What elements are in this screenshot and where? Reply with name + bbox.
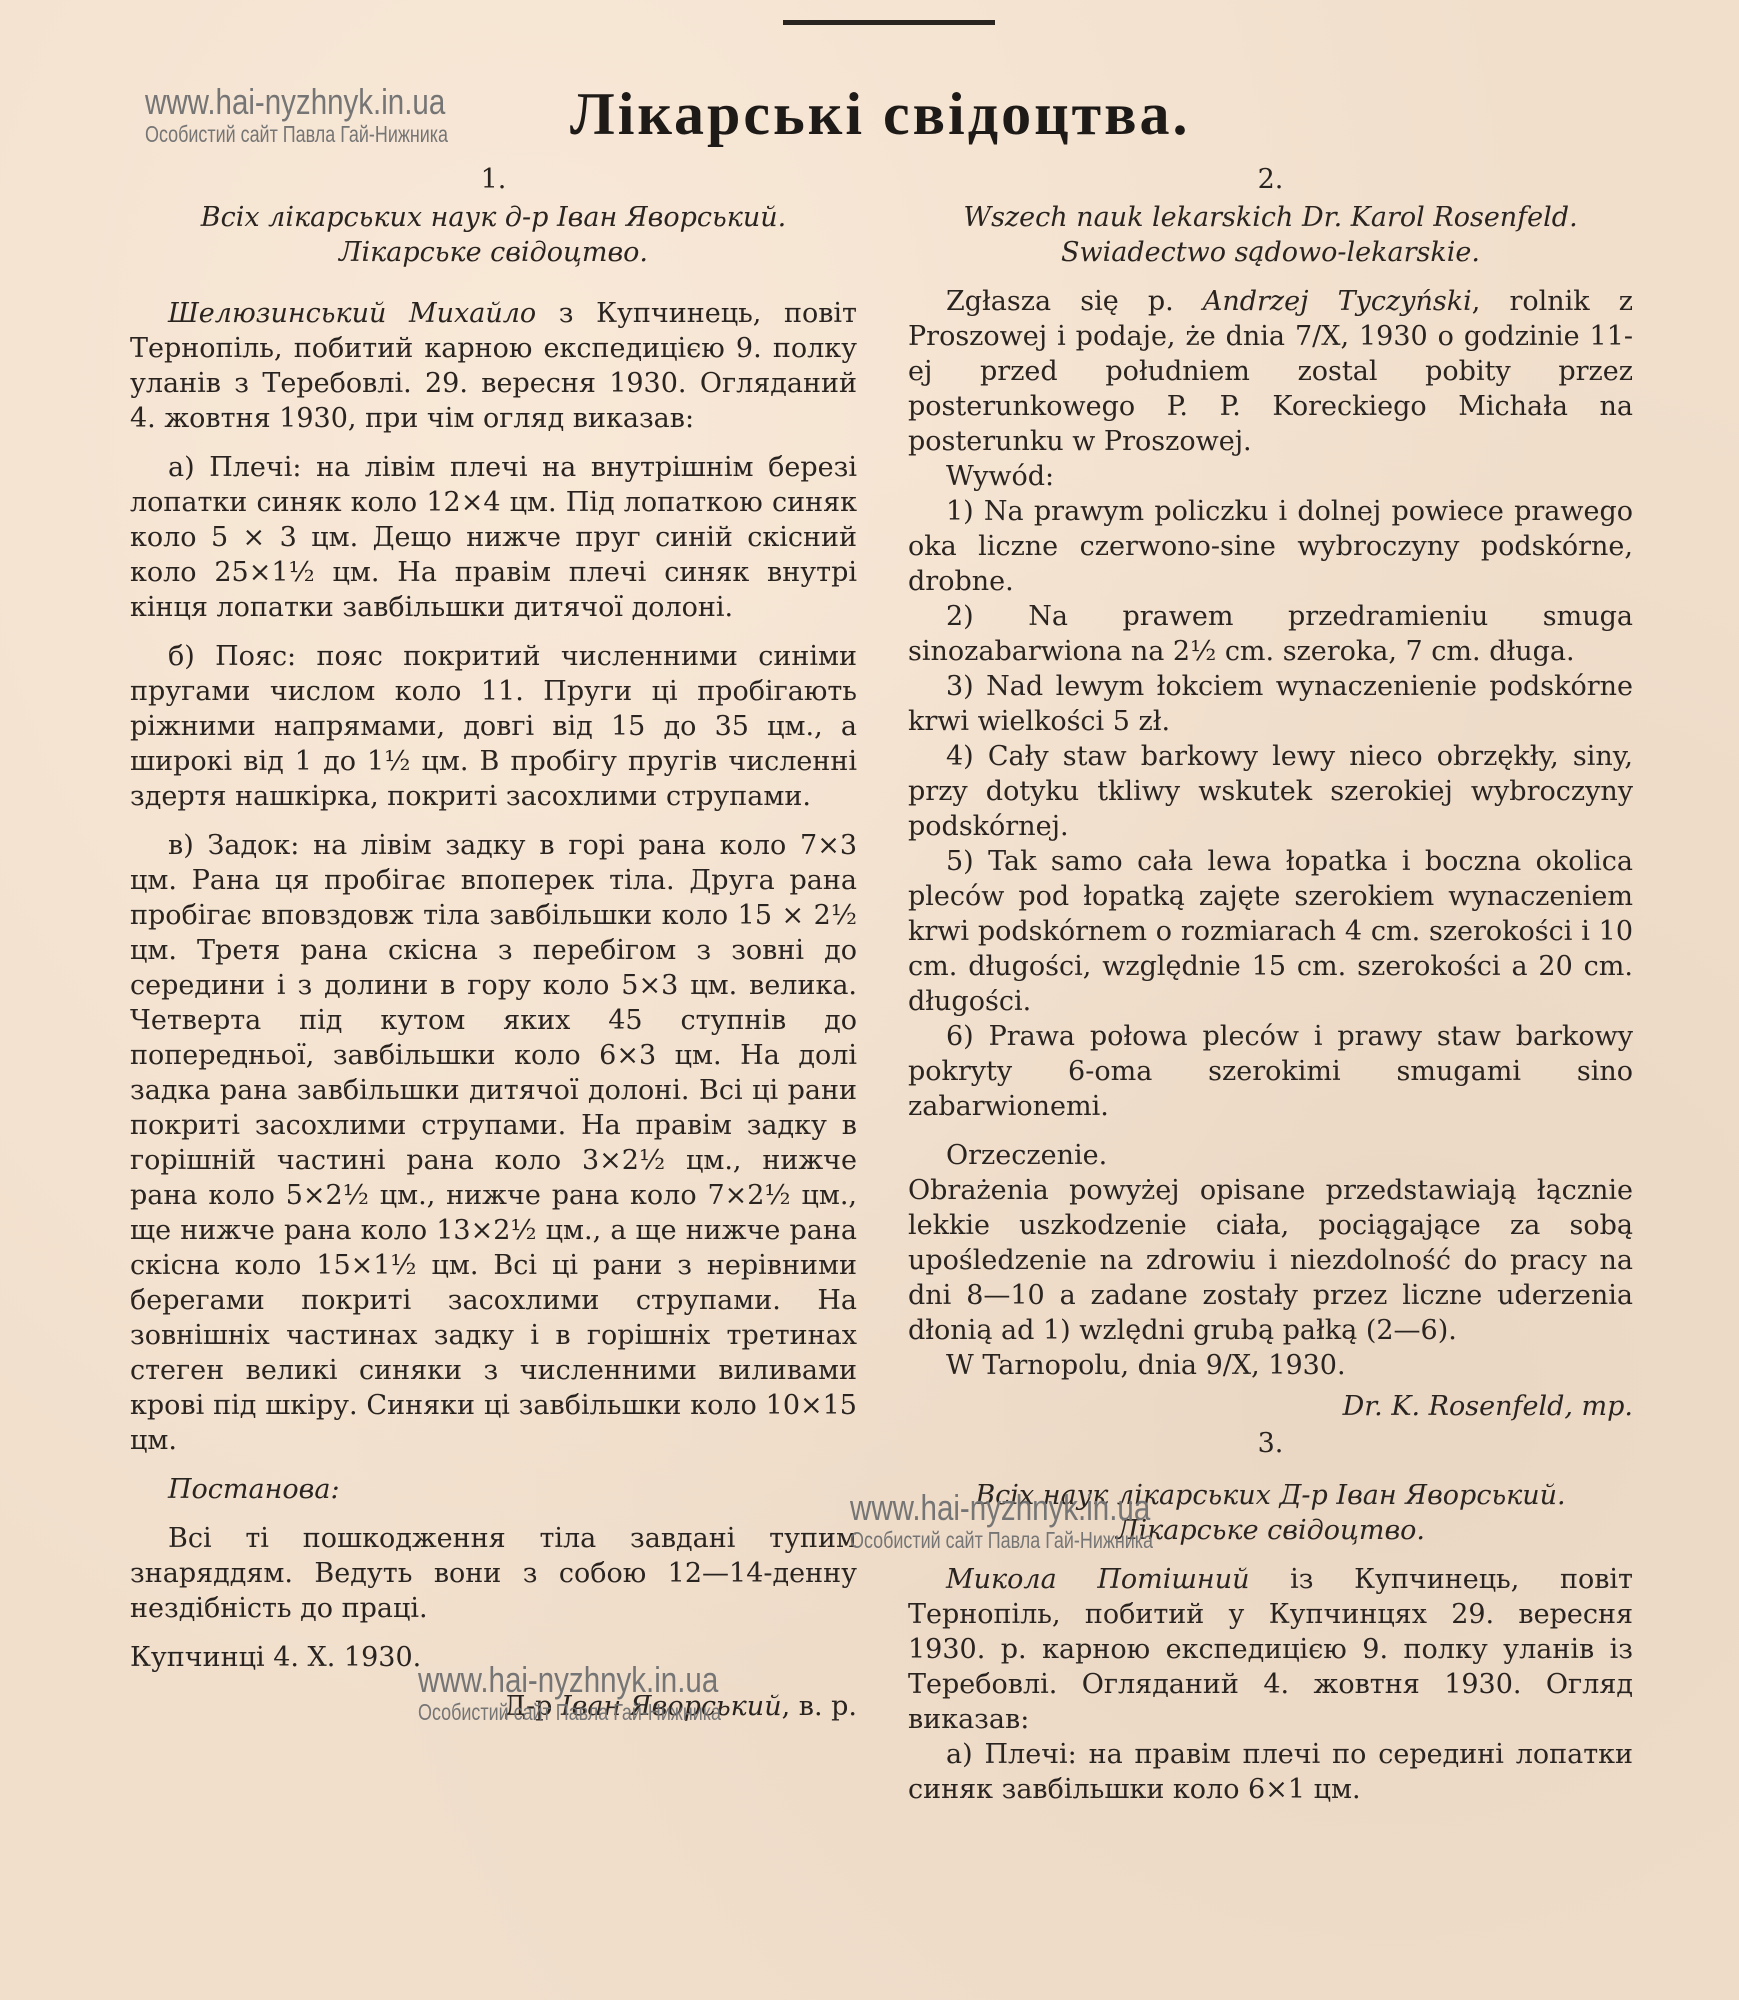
watermark-subtitle: Особистий сайт Павла Гай-Нижника: [145, 122, 448, 146]
patient-name: Микола Потішний: [946, 1564, 1250, 1595]
certificate-number: 2.: [908, 160, 1633, 200]
certificate-intro: Zgłasza się p. Andrzej Tyczyński, rolnik…: [908, 284, 1633, 459]
watermark-top: www.hai-nyzhnyk.in.ua Особистий сайт Пав…: [145, 82, 533, 146]
page-title: Лікарські свідоцтва.: [570, 80, 1210, 149]
watermark-bottom-left: www.hai-nyzhnyk.in.ua Особистий сайт Пав…: [418, 1660, 806, 1724]
certificate-subheading: Swiadectwo sądowo-lekarskie.: [908, 235, 1633, 270]
certificate-subheading: Лікарське свідоцтво.: [130, 235, 857, 270]
conclusion-text: Всі ті пошкодження тіла завдані тупим зн…: [130, 1521, 857, 1626]
finding-item: 4) Cały staw barkowy lewy nieco obrzękły…: [908, 739, 1633, 844]
certificate-number: 1.: [130, 160, 857, 200]
certificate-heading: Wszech nauk lekarskich Dr. Karol Rosenfe…: [908, 200, 1633, 235]
finding-item: а) Плечі: на правім плечі по середині ло…: [908, 1737, 1633, 1807]
conclusion-label: Постанова:: [130, 1472, 857, 1507]
finding-item: 6) Prawa połowa pleców i prawy staw bark…: [908, 1019, 1633, 1124]
certificate-1: 1. Всіх лікарських наук д-р Іван Яворськ…: [130, 160, 857, 1724]
conclusion-text: Obrażenia powyżej opisane przedstawiają …: [908, 1173, 1633, 1348]
certificate-intro: Микола Потішний із Купчинець, повіт Терн…: [908, 1562, 1633, 1737]
top-rule: [783, 20, 995, 25]
watermark-url: www.hai-nyzhnyk.in.ua: [145, 82, 464, 122]
patient-name: Шелюзинський Михайло: [168, 298, 536, 329]
finding-item: б) Пояс: пояс покритий численними синіми…: [130, 639, 857, 814]
certificate-2: 2. Wszech nauk lekarskich Dr. Karol Rose…: [908, 160, 1633, 1807]
finding-item: 3) Nad lewym łokciem wynaczenienie podsk…: [908, 669, 1633, 739]
signature: Dr. K. Rosenfeld, mp.: [908, 1389, 1633, 1424]
finding-item: 5) Tak samo cała lewa łopatka i boczna o…: [908, 844, 1633, 1019]
patient-name: Andrzej Tyczyński: [1203, 286, 1472, 317]
place-date: W Tarnopolu, dnia 9/X, 1930.: [908, 1348, 1633, 1383]
certificate-number: 3.: [908, 1424, 1633, 1464]
finding-item: в) Задок: на лівім задку в горі рана кол…: [130, 828, 857, 1458]
certificate-intro: Шелюзинський Михайло з Купчинець, повіт …: [130, 296, 857, 436]
watermark-bottom-right: www.hai-nyzhnyk.in.ua Особистий сайт Пав…: [850, 1488, 1238, 1552]
certificate-3: 3. Всіх наук лікарських Д-р Іван Яворськ…: [908, 1424, 1633, 1807]
certificate-heading: Всіх лікарських наук д-р Іван Яворський.: [130, 200, 857, 235]
finding-item: 2) Na prawem przedramieniu smuga sinozab…: [908, 599, 1633, 669]
findings-label: Wywód:: [908, 459, 1633, 494]
finding-item: 1) Na prawym policzku i dolnej powiece p…: [908, 494, 1633, 599]
finding-item: а) Плечі: на лівім плечі на внутрішнім б…: [130, 450, 857, 625]
conclusion-label: Orzeczenie.: [908, 1138, 1633, 1173]
